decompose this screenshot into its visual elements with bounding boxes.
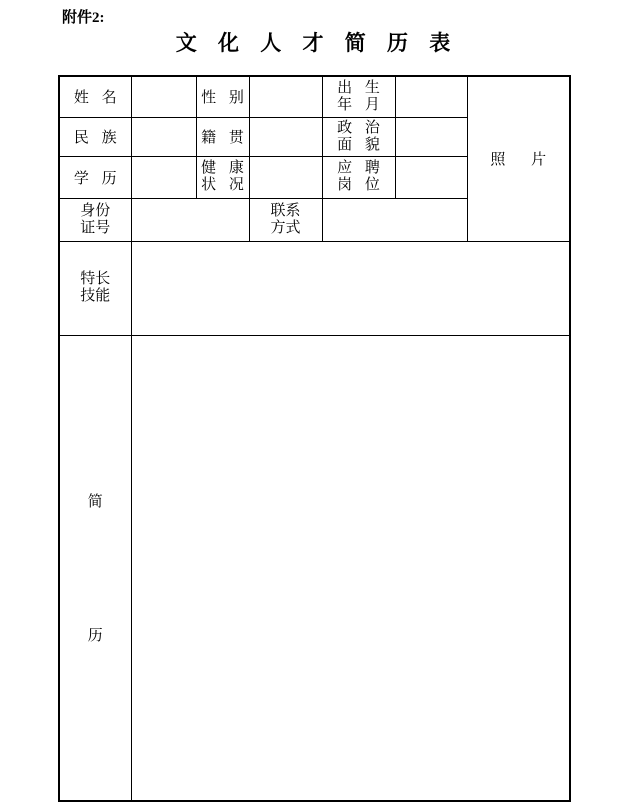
birth-date-field[interactable] [395, 76, 467, 117]
ethnicity-label: 民 族 [59, 117, 131, 156]
name-label: 姓 名 [59, 76, 131, 117]
table-row: 特长 技能 [59, 241, 570, 335]
political-status-field[interactable] [395, 117, 467, 156]
position-field[interactable] [395, 156, 467, 198]
political-status-label: 政 治 面 貌 [322, 117, 395, 156]
ethnicity-field[interactable] [131, 117, 196, 156]
id-number-label: 身份 证号 [59, 198, 131, 241]
native-place-field[interactable] [249, 117, 322, 156]
position-label: 应 聘 岗 位 [322, 156, 395, 198]
resume-label-stack: 简 历 [60, 490, 131, 645]
skills-field[interactable] [131, 241, 570, 335]
birth-date-label: 出 生 年 月 [322, 76, 395, 117]
document-page: 附件2: 文 化 人 才 简 历 表 姓 名 性 别 出 生 年 月 照 片 [0, 0, 634, 810]
page-title: 文 化 人 才 简 历 表 [0, 27, 634, 57]
contact-field[interactable] [322, 198, 467, 241]
attachment-label: 附件2: [62, 6, 105, 27]
resume-form-table: 姓 名 性 别 出 生 年 月 照 片 民 族 籍 贯 政 治 面 貌 学 历 [58, 75, 571, 802]
resume-field[interactable] [131, 335, 570, 801]
table-row: 简 历 [59, 335, 570, 801]
resume-label-char-1: 简 [88, 490, 103, 511]
native-place-label: 籍 贯 [196, 117, 249, 156]
resume-label: 简 历 [59, 335, 131, 801]
id-number-field[interactable] [131, 198, 249, 241]
health-status-field[interactable] [249, 156, 322, 198]
health-status-label: 健 康 状 况 [196, 156, 249, 198]
name-field[interactable] [131, 76, 196, 117]
gender-label: 性 别 [196, 76, 249, 117]
photo-label: 照 片 [490, 152, 546, 168]
skills-label: 特长 技能 [59, 241, 131, 335]
photo-field[interactable]: 照 片 [467, 76, 570, 241]
resume-label-char-2: 历 [88, 624, 103, 645]
gender-field[interactable] [249, 76, 322, 117]
contact-label: 联系 方式 [249, 198, 322, 241]
education-label: 学 历 [59, 156, 131, 198]
table-row: 姓 名 性 别 出 生 年 月 照 片 [59, 76, 570, 117]
education-field[interactable] [131, 156, 196, 198]
